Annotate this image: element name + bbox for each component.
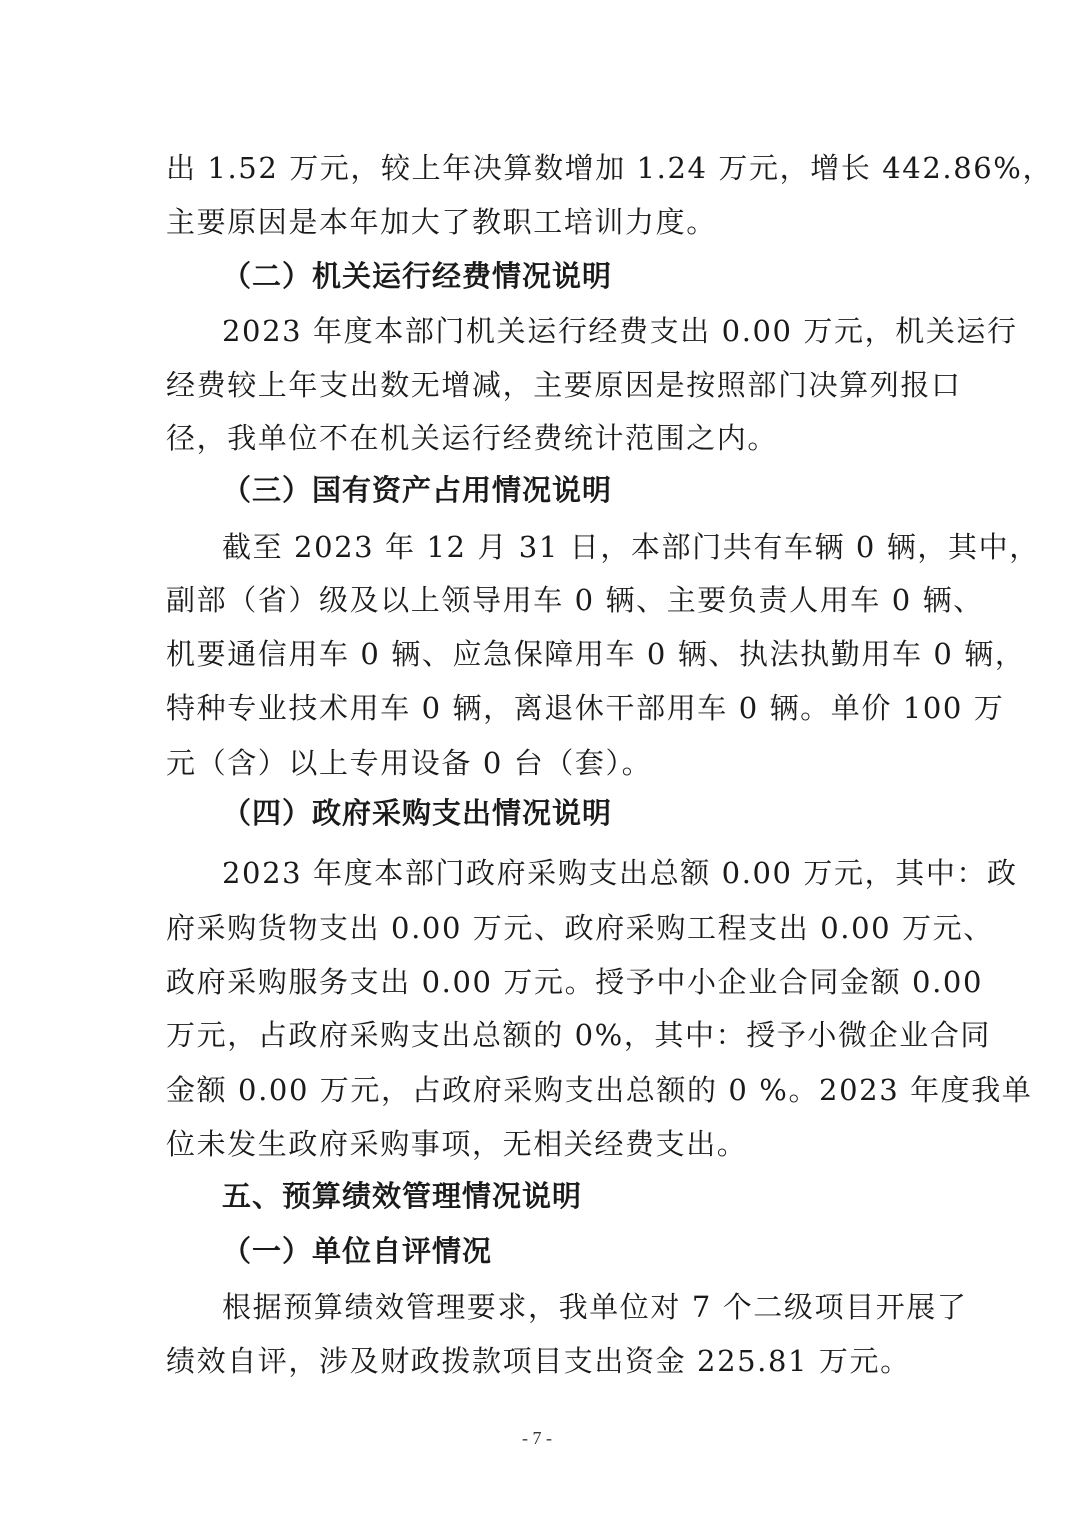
body-text-line: 万元，占政府采购支出总额的 0%，其中：授予小微企业合同 [166, 1015, 916, 1055]
section-subheading: （四）政府采购支出情况说明 [222, 793, 612, 833]
body-text-line: 金额 0.00 万元，占政府采购支出总额的 0 %。2023 年度我单 [166, 1070, 916, 1110]
body-text-line: 出 1.52 万元，较上年决算数增加 1.24 万元，增长 442.86%， [166, 148, 916, 188]
body-text-line: 府采购货物支出 0.00 万元、政府采购工程支出 0.00 万元、 [166, 908, 916, 948]
body-text-line: 位未发生政府采购事项，无相关经费支出。 [166, 1124, 916, 1164]
section-heading: 五、预算绩效管理情况说明 [222, 1176, 582, 1216]
body-text-line: 根据预算绩效管理要求，我单位对 7 个二级项目开展了 [222, 1287, 916, 1327]
body-text-line: 径，我单位不在机关运行经费统计范围之内。 [166, 418, 916, 458]
body-text-line: 经费较上年支出数无增减，主要原因是按照部门决算列报口 [166, 365, 916, 405]
body-text-line: 副部（省）级及以上领导用车 0 辆、主要负责人用车 0 辆、 [166, 580, 916, 620]
section-subheading: （一）单位自评情况 [222, 1231, 492, 1271]
body-text-line: 机要通信用车 0 辆、应急保障用车 0 辆、执法执勤用车 0 辆， [166, 634, 916, 674]
section-subheading: （二）机关运行经费情况说明 [222, 256, 612, 296]
body-text-line: 主要原因是本年加大了教职工培训力度。 [166, 202, 916, 242]
body-text-line: 2023 年度本部门机关运行经费支出 0.00 万元，机关运行 [222, 311, 916, 351]
body-text-line: 元（含）以上专用设备 0 台（套）。 [166, 743, 916, 783]
document-page: 出 1.52 万元，较上年决算数增加 1.24 万元，增长 442.86%， 主… [0, 0, 1074, 1520]
body-text-line: 2023 年度本部门政府采购支出总额 0.00 万元，其中：政 [222, 853, 916, 893]
body-text-line: 绩效自评，涉及财政拨款项目支出资金 225.81 万元。 [166, 1341, 916, 1381]
body-text-line: 政府采购服务支出 0.00 万元。授予中小企业合同金额 0.00 [166, 962, 916, 1002]
body-text-line: 特种专业技术用车 0 辆，离退休干部用车 0 辆。单价 100 万 [166, 688, 916, 728]
body-text-line: 截至 2023 年 12 月 31 日，本部门共有车辆 0 辆，其中， [222, 527, 916, 567]
section-subheading: （三）国有资产占用情况说明 [222, 470, 612, 510]
page-number: - 7 - [0, 1428, 1074, 1449]
